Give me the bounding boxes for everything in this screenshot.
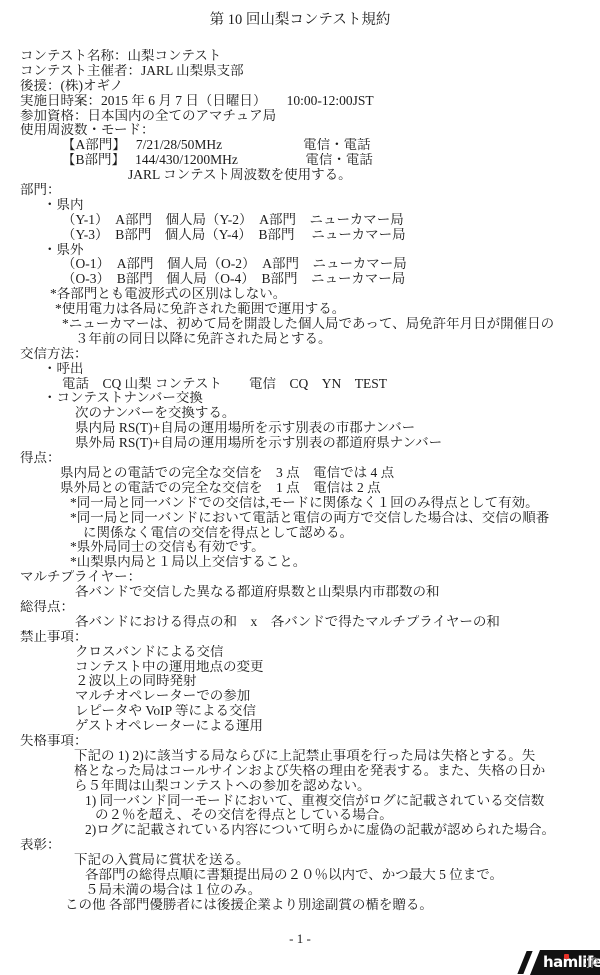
doc-line: ・呼出 [0,362,600,377]
logo-stripe-shape [517,951,532,974]
doc-line: 各部門の総得点順に書類提出局の２０％以内で、かつ最大 5 位まで。 [0,868,600,883]
doc-line: の２％を超え、その交信を得点としている場合。 [0,808,600,823]
doc-line: コンテスト名称：山梨コンテスト [0,49,600,64]
doc-line: 各バンドにおける得点の和 x 各バンドで得たマルチプライヤーの和 [0,615,600,630]
document-body: コンテスト名称：山梨コンテストコンテスト主催者：JARL 山梨県支部後援：(株)… [0,49,600,913]
doc-line: 総得点： [0,600,600,615]
doc-line: ・県外 [0,243,600,258]
doc-line: ５局未満の場合は１位のみ。 [0,883,600,898]
doc-line: *同一局と同一バンドにおいて電話と電信の両方で交信した場合は、交信の順番 [0,511,600,526]
doc-line: 下記の入賞局に賞状を送る。 [0,853,600,868]
doc-line: 交信方法： [0,347,600,362]
doc-line: 【A部門】 7/21/28/50MHz 電信・電話 [0,138,600,153]
doc-line: ３年前の同日以降に免許された局とする。 [0,332,600,347]
doc-line: *使用電力は各局に免許された範囲で運用する。 [0,302,600,317]
doc-line: 県外局との電話での完全な交信を 1 点 電信は 2 点 [0,481,600,496]
doc-line: 県内局 RS(T)+自局の運用場所を示す別表の市郡ナンバー [0,421,600,436]
doc-line: 失格事項： [0,734,600,749]
hamlife-watermark-logo: hamlife .jp [521,950,600,975]
doc-line: ゲストオペレーターによる運用 [0,719,600,734]
doc-line: （Y-3） B部門 個人局（Y-4） B部門 ニューカマー局 [0,228,600,243]
logo-red-dot-icon [564,954,569,959]
doc-line: 1) 同一バンド同一モードにおいて、重複交信がログに記載されている交信数 [0,794,600,809]
doc-line: 表彰： [0,838,600,853]
doc-line: 下記の 1) 2)に該当する局ならびに上記禁止事項を行った局は失格とする。失 [0,749,600,764]
doc-line: 次のナンバーを交換する。 [0,406,600,421]
doc-line: 得点： [0,451,600,466]
doc-line: ・コンテストナンバー交換 [0,391,600,406]
document-page: 第 10 回山梨コンテスト規約 コンテスト名称：山梨コンテストコンテスト主催者：… [0,0,600,975]
doc-line: ら５年間は山梨コンテストへの参加を認めない。 [0,779,600,794]
logo-suffix-text: .jp [584,954,599,969]
doc-line: 格となった局はコールサインおよび失格の理由を発表する。また、失格の日か [0,764,600,779]
doc-line: 禁止事項： [0,630,600,645]
doc-line: *同一局と同一バンドでの交信は,モードに関係なく１回のみ得点として有効。 [0,496,600,511]
doc-line: マルチオペレーターでの参加 [0,689,600,704]
doc-line: 2)ログに記載されている内容について明らかに虚偽の記載が認められた場合。 [0,823,600,838]
doc-line: （Y-1） A部門 個人局（Y-2） A部門 ニューカマー局 [0,213,600,228]
document-title: 第 10 回山梨コンテスト規約 [0,0,600,28]
doc-line: に関係なく電信の交信を得点として認める。 [0,526,600,541]
doc-line: 各バンドで交信した異なる都道府県数と山梨県内市郡数の和 [0,585,600,600]
doc-line: レピータや VoIP 等による交信 [0,704,600,719]
doc-line: （O-3） B部門 個人局（O-4） B部門 ニューカマー局 [0,272,600,287]
doc-line: クロスバンドによる交信 [0,645,600,660]
doc-line: *山梨県内局と１局以上交信すること。 [0,555,600,570]
doc-line: マルチプライヤー： [0,570,600,585]
doc-line: 【B部門】 144/430/1200MHz 電信・電話 [0,153,600,168]
doc-line: 使用周波数・モード： [0,123,600,138]
doc-line: この他 各部門優勝者には後援企業より別途副賞の楯を贈る。 [0,898,600,913]
doc-line: ・県内 [0,198,600,213]
doc-line: 県内局との電話での完全な交信を 3 点 電信では 4 点 [0,466,600,481]
doc-line: 参加資格：日本国内の全てのアマチュア局 [0,109,600,124]
doc-line: *ニューカマーは、初めて局を開設した個人局であって、局免許年月日が開催日の [0,317,600,332]
doc-line: *各部門とも電波形式の区別はしない。 [0,287,600,302]
page-number: - 1 - [0,931,600,947]
doc-line: 後援：(株)オギノ [0,79,600,94]
doc-line: 実施日時案：2015 年 6 月 7 日（日曜日） 10:00-12:00JST [0,94,600,109]
doc-line: （O-1） A部門 個人局（O-2） A部門 ニューカマー局 [0,257,600,272]
doc-line: JARL コンテスト周波数を使用する。 [0,168,600,183]
doc-line: ２波以上の同時発射 [0,674,600,689]
doc-line: *県外局同士の交信も有効です。 [0,540,600,555]
doc-line: コンテスト主催者：JARL 山梨県支部 [0,64,600,79]
doc-line: コンテスト中の運用地点の変更 [0,660,600,675]
logo-plate-shape: hamlife .jp [527,950,600,975]
doc-line: 部門： [0,183,600,198]
doc-line: 県外局 RS(T)+自局の運用場所を示す別表の都道府県ナンバー [0,436,600,451]
doc-line: 電話 CQ 山梨 コンテスト 電信 CQ YN TEST [0,377,600,392]
